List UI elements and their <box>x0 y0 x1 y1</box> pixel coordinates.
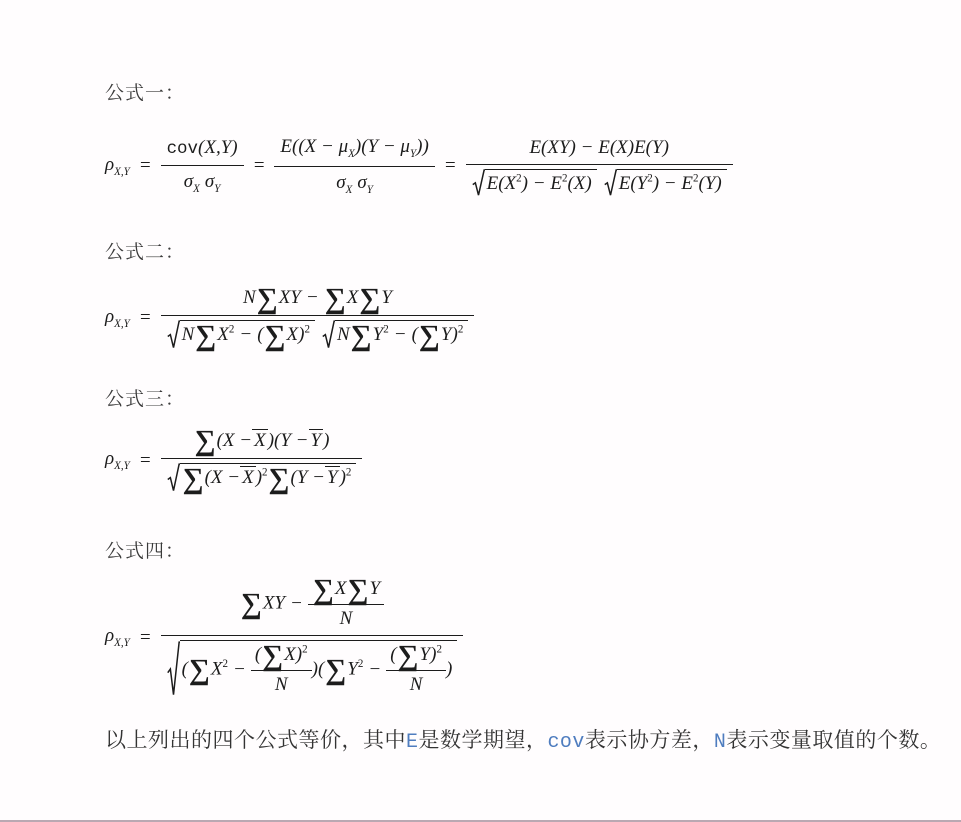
math-token: Y <box>347 659 358 680</box>
math-token: 2 <box>346 467 352 479</box>
sigma-sum-symbol: ∑ <box>189 659 210 683</box>
radical-sign-icon <box>167 320 180 349</box>
sigma-sum-symbol: ∑ <box>325 659 346 683</box>
radical-sign-icon <box>472 169 485 197</box>
sqrt-y: E(Y2) − E2(Y) <box>604 169 727 197</box>
math-token: X <box>346 183 353 195</box>
radicand: N∑Y2−(∑Y)2 <box>335 320 468 349</box>
equals-sign: = <box>139 449 152 473</box>
minus-sign: − <box>239 324 252 345</box>
math-token: cov <box>167 139 198 159</box>
fraction-numerator: ∑X∑Y <box>308 577 384 604</box>
math-token: (X − <box>205 467 241 488</box>
math-token: 2 <box>302 644 308 656</box>
math-token: X <box>287 324 299 345</box>
sigma-sum-symbol: ∑ <box>183 468 204 492</box>
math-token: σ <box>205 171 214 192</box>
sigma-sum-symbol: ∑ <box>269 468 290 492</box>
inline-code-N: N <box>714 730 726 753</box>
math-token: 2 <box>383 324 389 336</box>
math-token: N <box>337 324 350 345</box>
math-token: σ <box>184 171 193 192</box>
math-token: σ <box>336 172 345 193</box>
math-token: 2 <box>229 324 235 336</box>
math-token: ( <box>390 644 396 665</box>
math-token: ( <box>412 324 418 345</box>
math-token: E(X <box>487 173 517 194</box>
math-token: Y <box>381 287 392 308</box>
formula-1-section: 公式一： ρX,Y = cov(X,Y) σXσY = E((X − μX)(Y… <box>105 78 951 197</box>
article-body: 公式一： ρX,Y = cov(X,Y) σXσY = E((X − μX)(Y… <box>0 0 961 822</box>
math-token: X <box>284 644 296 665</box>
minus-sign: − <box>306 287 319 308</box>
equals-sign: = <box>253 154 266 178</box>
math-token: X,Y <box>114 637 130 649</box>
math-token: (Y − <box>274 430 308 451</box>
sigma-sum-symbol: ∑ <box>195 430 216 454</box>
fraction-numerator: ∑XY−∑X∑YN <box>161 577 464 635</box>
math-token: X <box>347 287 359 308</box>
minus-sign: − <box>394 324 407 345</box>
math-token: )(Y − μ <box>355 136 410 157</box>
radicand: (∑X2−(∑X)2N)(∑Y2−(∑Y)2N) <box>180 640 458 698</box>
fraction-numerator: (∑Y)2 <box>386 643 446 670</box>
math-token: ) <box>323 430 329 451</box>
mean-deviation-fraction: ∑(X −X)(Y −Y) ∑(X −X)2∑(Y −Y)2 <box>161 429 363 493</box>
math-token: X <box>348 148 355 160</box>
fraction-numerator: ∑(X −X)(Y −Y) <box>161 429 363 458</box>
radicand: N∑X2−(∑X)2 <box>180 320 315 349</box>
math-token: X <box>211 659 223 680</box>
math-token: 2 <box>436 644 442 656</box>
formula-3-equation: ρX,Y = ∑(X −X)(Y −Y) ∑(X −X)2∑(Y −Y)2 <box>105 429 951 493</box>
minus-sign: − <box>290 593 303 614</box>
computational-fraction: ∑XY−∑X∑YN (∑X2−(∑X)2N)(∑Y2−(∑Y)2N) <box>161 577 464 698</box>
math-token: X <box>335 578 347 599</box>
math-token: ρ <box>105 306 114 327</box>
math-token: E(Y <box>619 173 648 194</box>
math-token: X,Y <box>114 166 130 178</box>
minus-sign: − <box>368 659 381 680</box>
formula-1-label: 公式一： <box>105 78 951 105</box>
fraction-denominator: N <box>308 604 384 631</box>
formula-3-section: 公式三： ρX,Y = ∑(X −X)(Y −Y) ∑(X −X)2∑(Y −Y… <box>105 384 951 493</box>
math-token: E((X − μ <box>280 136 348 157</box>
inline-code-cov: cov <box>547 730 584 753</box>
math-token: Y <box>369 578 380 599</box>
sigma-sum-symbol: ∑ <box>419 325 440 349</box>
y-bar: Y <box>325 466 340 489</box>
formula-4-label: 公式四： <box>105 536 951 563</box>
cov-fraction: cov(X,Y) σXσY <box>161 136 244 196</box>
math-token: N <box>243 287 256 308</box>
fraction-numerator: N∑XY−∑X∑Y <box>161 286 475 315</box>
radical-sign-icon <box>167 640 180 698</box>
moment-fraction: E(XY) − E(X)E(Y) E(X2) − E2(X)E(Y2) − E2… <box>466 136 733 197</box>
sum-fraction: N∑XY−∑X∑Y N∑X2−(∑X)2N∑Y2−(∑Y)2 <box>161 286 475 350</box>
note-text: 以上列出的四个公式等价，其中 <box>105 729 406 752</box>
inner-fraction: (∑Y)2N <box>386 643 446 697</box>
fraction-denominator: ∑(X −X)2∑(Y −Y)2 <box>161 458 363 492</box>
sqrt-y: N∑Y2−(∑Y)2 <box>322 320 468 349</box>
fraction-numerator: E((X − μX)(Y − μY)) <box>274 135 434 166</box>
formula-4-section: 公式四： ρX,Y = ∑XY−∑X∑YN (∑X2−(∑X)2N)(∑Y2−(… <box>105 536 951 698</box>
equals-sign: = <box>139 626 152 650</box>
fraction-denominator: E(X2) − E2(X)E(Y2) − E2(Y) <box>466 164 733 197</box>
math-token: ( <box>257 324 263 345</box>
math-token: ρ <box>105 448 114 469</box>
fraction-denominator: N∑X2−(∑X)2N∑Y2−(∑Y)2 <box>161 315 475 349</box>
sigma-sum-symbol: ∑ <box>359 288 380 312</box>
radical-sign-icon <box>322 320 335 349</box>
sqrt-xy: ∑(X −X)2∑(Y −Y)2 <box>167 463 357 492</box>
note-text: 是数学期望， <box>418 729 547 752</box>
rho-lhs: ρX,Y <box>105 624 130 651</box>
math-token: ) − E <box>522 173 562 194</box>
sigma-sum-symbol: ∑ <box>241 593 262 617</box>
sigma-sum-symbol: ∑ <box>325 288 346 312</box>
math-token: X,Y <box>114 317 130 329</box>
math-token: Y <box>420 644 431 665</box>
math-token: XY <box>279 287 301 308</box>
formula-2-equation: ρX,Y = N∑XY−∑X∑Y N∑X2−(∑X)2N∑Y2−(∑Y)2 <box>105 286 951 350</box>
math-token: Y <box>214 183 220 195</box>
sigma-sum-symbol: ∑ <box>265 325 286 349</box>
formula-2-label: 公式二： <box>105 237 951 264</box>
sigma-sum-symbol: ∑ <box>351 325 372 349</box>
sigma-sum-symbol: ∑ <box>262 645 283 669</box>
math-token: ( <box>318 659 324 680</box>
note-text: 表示变量取值的个数。 <box>726 729 941 752</box>
math-token: (X,Y) <box>198 137 238 158</box>
sqrt-x: N∑X2−(∑X)2 <box>167 320 315 349</box>
radical-sign-icon <box>604 169 617 197</box>
formula-4-equation: ρX,Y = ∑XY−∑X∑YN (∑X2−(∑X)2N)(∑Y2−(∑Y)2N… <box>105 577 951 698</box>
math-token: )) <box>416 136 429 157</box>
radicand: ∑(X −X)2∑(Y −Y)2 <box>180 463 357 492</box>
math-token: Y <box>367 183 373 195</box>
math-token: 2 <box>223 658 229 670</box>
sigma-sum-symbol: ∑ <box>347 579 368 603</box>
rho-lhs: ρX,Y <box>105 305 130 332</box>
radicand: E(Y2) − E2(Y) <box>617 169 727 197</box>
sigma-sum-symbol: ∑ <box>313 579 334 603</box>
math-token: ( <box>182 659 188 680</box>
math-token: X,Y <box>114 460 130 472</box>
math-token: ρ <box>105 154 114 175</box>
math-token: 2 <box>304 324 310 336</box>
formula-2-section: 公式二： ρX,Y = N∑XY−∑X∑Y N∑X2−(∑X)2N∑Y2−(∑Y… <box>105 237 951 350</box>
y-bar: Y <box>309 429 324 452</box>
fraction-denominator: σXσY <box>161 165 244 197</box>
math-token: ) <box>446 659 452 680</box>
fraction-denominator: N <box>251 670 312 697</box>
radicand: E(X2) − E2(X) <box>485 169 597 197</box>
math-token: (X − <box>217 430 253 451</box>
math-token: 2 <box>262 467 268 479</box>
x-bar: X <box>252 429 268 452</box>
formula-3-label: 公式三： <box>105 384 951 411</box>
math-token: X <box>217 324 229 345</box>
equals-sign: = <box>139 306 152 330</box>
rho-lhs: ρX,Y <box>105 447 130 474</box>
fraction-denominator: N <box>386 670 446 697</box>
fraction-numerator: E(XY) − E(X)E(Y) <box>466 136 733 164</box>
fraction-numerator: (∑X)2 <box>251 643 312 670</box>
math-token: 2 <box>458 324 464 336</box>
inner-fraction: (∑X)2N <box>251 643 312 697</box>
sqrt-product: (∑X2−(∑X)2N)(∑Y2−(∑Y)2N) <box>167 640 458 698</box>
sqrt-x: E(X2) − E2(X) <box>472 169 597 197</box>
sigma-sum-symbol: ∑ <box>398 645 419 669</box>
radical-sign-icon <box>167 463 180 492</box>
math-token: ρ <box>105 625 114 646</box>
math-token: (Y) <box>699 173 722 194</box>
math-token: XY <box>263 593 285 614</box>
x-bar: X <box>240 466 256 489</box>
math-token: 2 <box>358 658 364 670</box>
sigma-sum-symbol: ∑ <box>257 288 278 312</box>
math-token: (X) <box>567 173 591 194</box>
equals-sign: = <box>444 154 457 178</box>
closing-note: 以上列出的四个公式等价，其中E是数学期望，cov表示协方差，N表示变量取值的个数… <box>105 724 951 754</box>
expectation-fraction: E((X − μX)(Y − μY)) σXσY <box>274 135 434 197</box>
fraction-numerator: cov(X,Y) <box>161 136 244 165</box>
math-token: X <box>193 183 200 195</box>
inner-fraction: ∑X∑YN <box>308 577 384 631</box>
math-token: ) − E <box>653 173 693 194</box>
math-token: (Y − <box>291 467 325 488</box>
fraction-denominator: (∑X2−(∑X)2N)(∑Y2−(∑Y)2N) <box>161 635 464 698</box>
minus-sign: − <box>233 659 246 680</box>
inline-code-E: E <box>406 730 418 753</box>
math-token: σ <box>357 172 366 193</box>
formula-1-equation: ρX,Y = cov(X,Y) σXσY = E((X − μX)(Y − μY… <box>105 135 951 197</box>
fraction-denominator: σXσY <box>274 166 434 198</box>
rho-lhs: ρX,Y <box>105 153 130 180</box>
sigma-sum-symbol: ∑ <box>195 325 216 349</box>
math-token: N <box>182 324 195 345</box>
equals-sign: = <box>139 154 152 178</box>
math-token: ( <box>255 644 261 665</box>
note-text: 表示协方差， <box>585 729 714 752</box>
math-token: Y <box>373 324 384 345</box>
math-token: Y <box>441 324 452 345</box>
